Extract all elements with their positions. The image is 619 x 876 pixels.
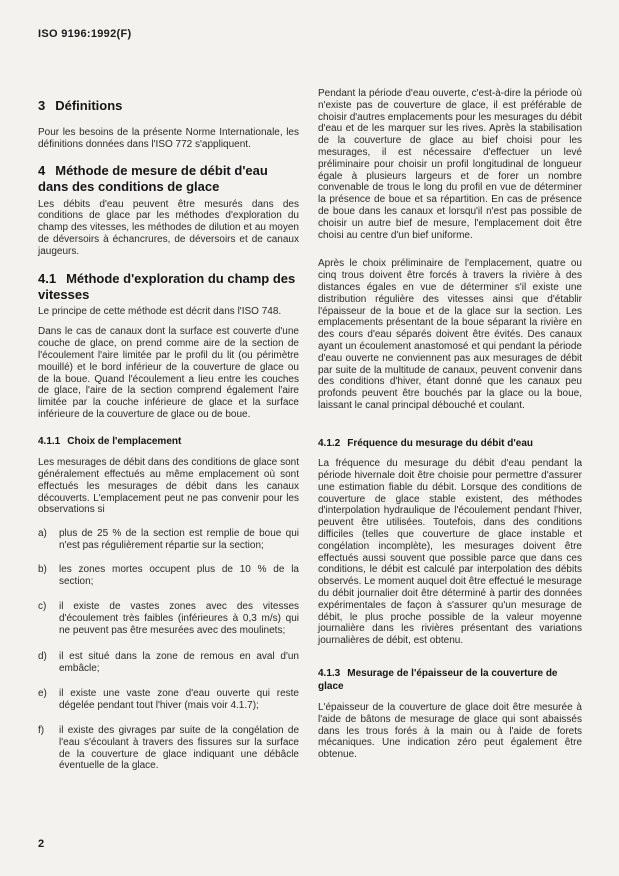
section-title: Mesurage de l'épaisseur de la couverture… — [318, 668, 558, 693]
section-3-heading: 3Définitions — [38, 98, 299, 114]
document-page: ISO 9196:1992(F) 3Définitions Pour les b… — [0, 0, 619, 876]
list-item-text: il existe des givrages par suite de la c… — [59, 725, 299, 772]
paragraph: Les mesurages de débit dans des conditio… — [38, 457, 299, 516]
paragraph: Pour les besoins de la présente Norme In… — [38, 127, 299, 151]
list-item-label: d) — [38, 651, 59, 675]
paragraph: Dans le cas de canaux dont la surface es… — [38, 326, 299, 420]
list-item-label: b) — [38, 564, 59, 588]
two-column-layout: 3Définitions Pour les besoins de la prés… — [38, 0, 582, 772]
paragraph: Pendant la période d'eau ouverte, c'est-… — [318, 88, 582, 241]
list-item: c) il existe de vastes zones avec des vi… — [38, 601, 299, 636]
list-item-text: il existe une vaste zone d'eau ouverte q… — [59, 688, 299, 712]
list-item-text: il existe de vastes zones avec des vites… — [59, 601, 299, 636]
list-item-label: f) — [38, 725, 59, 772]
section-number: 4.1.3 — [318, 667, 340, 681]
section-4-1-3-heading: 4.1.3Mesurage de l'épaisseur de la couve… — [318, 667, 582, 694]
paragraph: Le principe de cette méthode est décrit … — [38, 306, 299, 318]
list-item-label: e) — [38, 688, 59, 712]
section-title: Méthode de mesure de débit d'eau dans de… — [38, 163, 268, 194]
list-item-text: plus de 25 % de la section est remplie d… — [59, 528, 299, 552]
list-item-text: il est situé dans la zone de remous en a… — [59, 651, 299, 675]
list-item-label: c) — [38, 601, 59, 636]
section-number: 4.1.1 — [38, 435, 60, 449]
section-title: Choix de l'emplacement — [67, 436, 181, 447]
section-number: 4.1.2 — [318, 437, 340, 451]
section-4-1-2-heading: 4.1.2Fréquence du mesurage du débit d'ea… — [318, 437, 582, 451]
section-title: Fréquence du mesurage du débit d'eau — [347, 438, 533, 449]
page-number: 2 — [38, 838, 44, 850]
list-item: b) les zones mortes occupent plus de 10 … — [38, 564, 299, 588]
left-column: 3Définitions Pour les besoins de la prés… — [38, 0, 299, 772]
list-item-label: a) — [38, 528, 59, 552]
list-item: e) il existe une vaste zone d'eau ouvert… — [38, 688, 299, 712]
list-item: d) il est situé dans la zone de remous e… — [38, 651, 299, 675]
paragraph: L'épaisseur de la couverture de glace do… — [318, 702, 582, 761]
right-column: Pendant la période d'eau ouverte, c'est-… — [318, 0, 582, 772]
list-item: f) il existe des givrages par suite de l… — [38, 725, 299, 772]
paragraph: Les débits d'eau peuvent être mesurés da… — [38, 199, 299, 258]
section-title: Méthode d'exploration du champ des vites… — [38, 271, 295, 302]
paragraph: La fréquence du mesurage du débit d'eau … — [318, 458, 582, 647]
list-item: a) plus de 25 % de la section est rempli… — [38, 528, 299, 552]
list-item-text: les zones mortes occupent plus de 10 % d… — [59, 564, 299, 588]
paragraph: Après le choix préliminaire de l'emplace… — [318, 258, 582, 411]
section-4-1-1-heading: 4.1.1Choix de l'emplacement — [38, 435, 299, 449]
section-4-1-heading: 4.1Méthode d'exploration du champ des vi… — [38, 271, 299, 303]
section-number: 4 — [38, 163, 45, 179]
section-title: Définitions — [55, 98, 122, 113]
section-number: 4.1 — [38, 271, 56, 287]
section-number: 3 — [38, 98, 45, 114]
section-4-heading: 4Méthode de mesure de débit d'eau dans d… — [38, 163, 299, 195]
